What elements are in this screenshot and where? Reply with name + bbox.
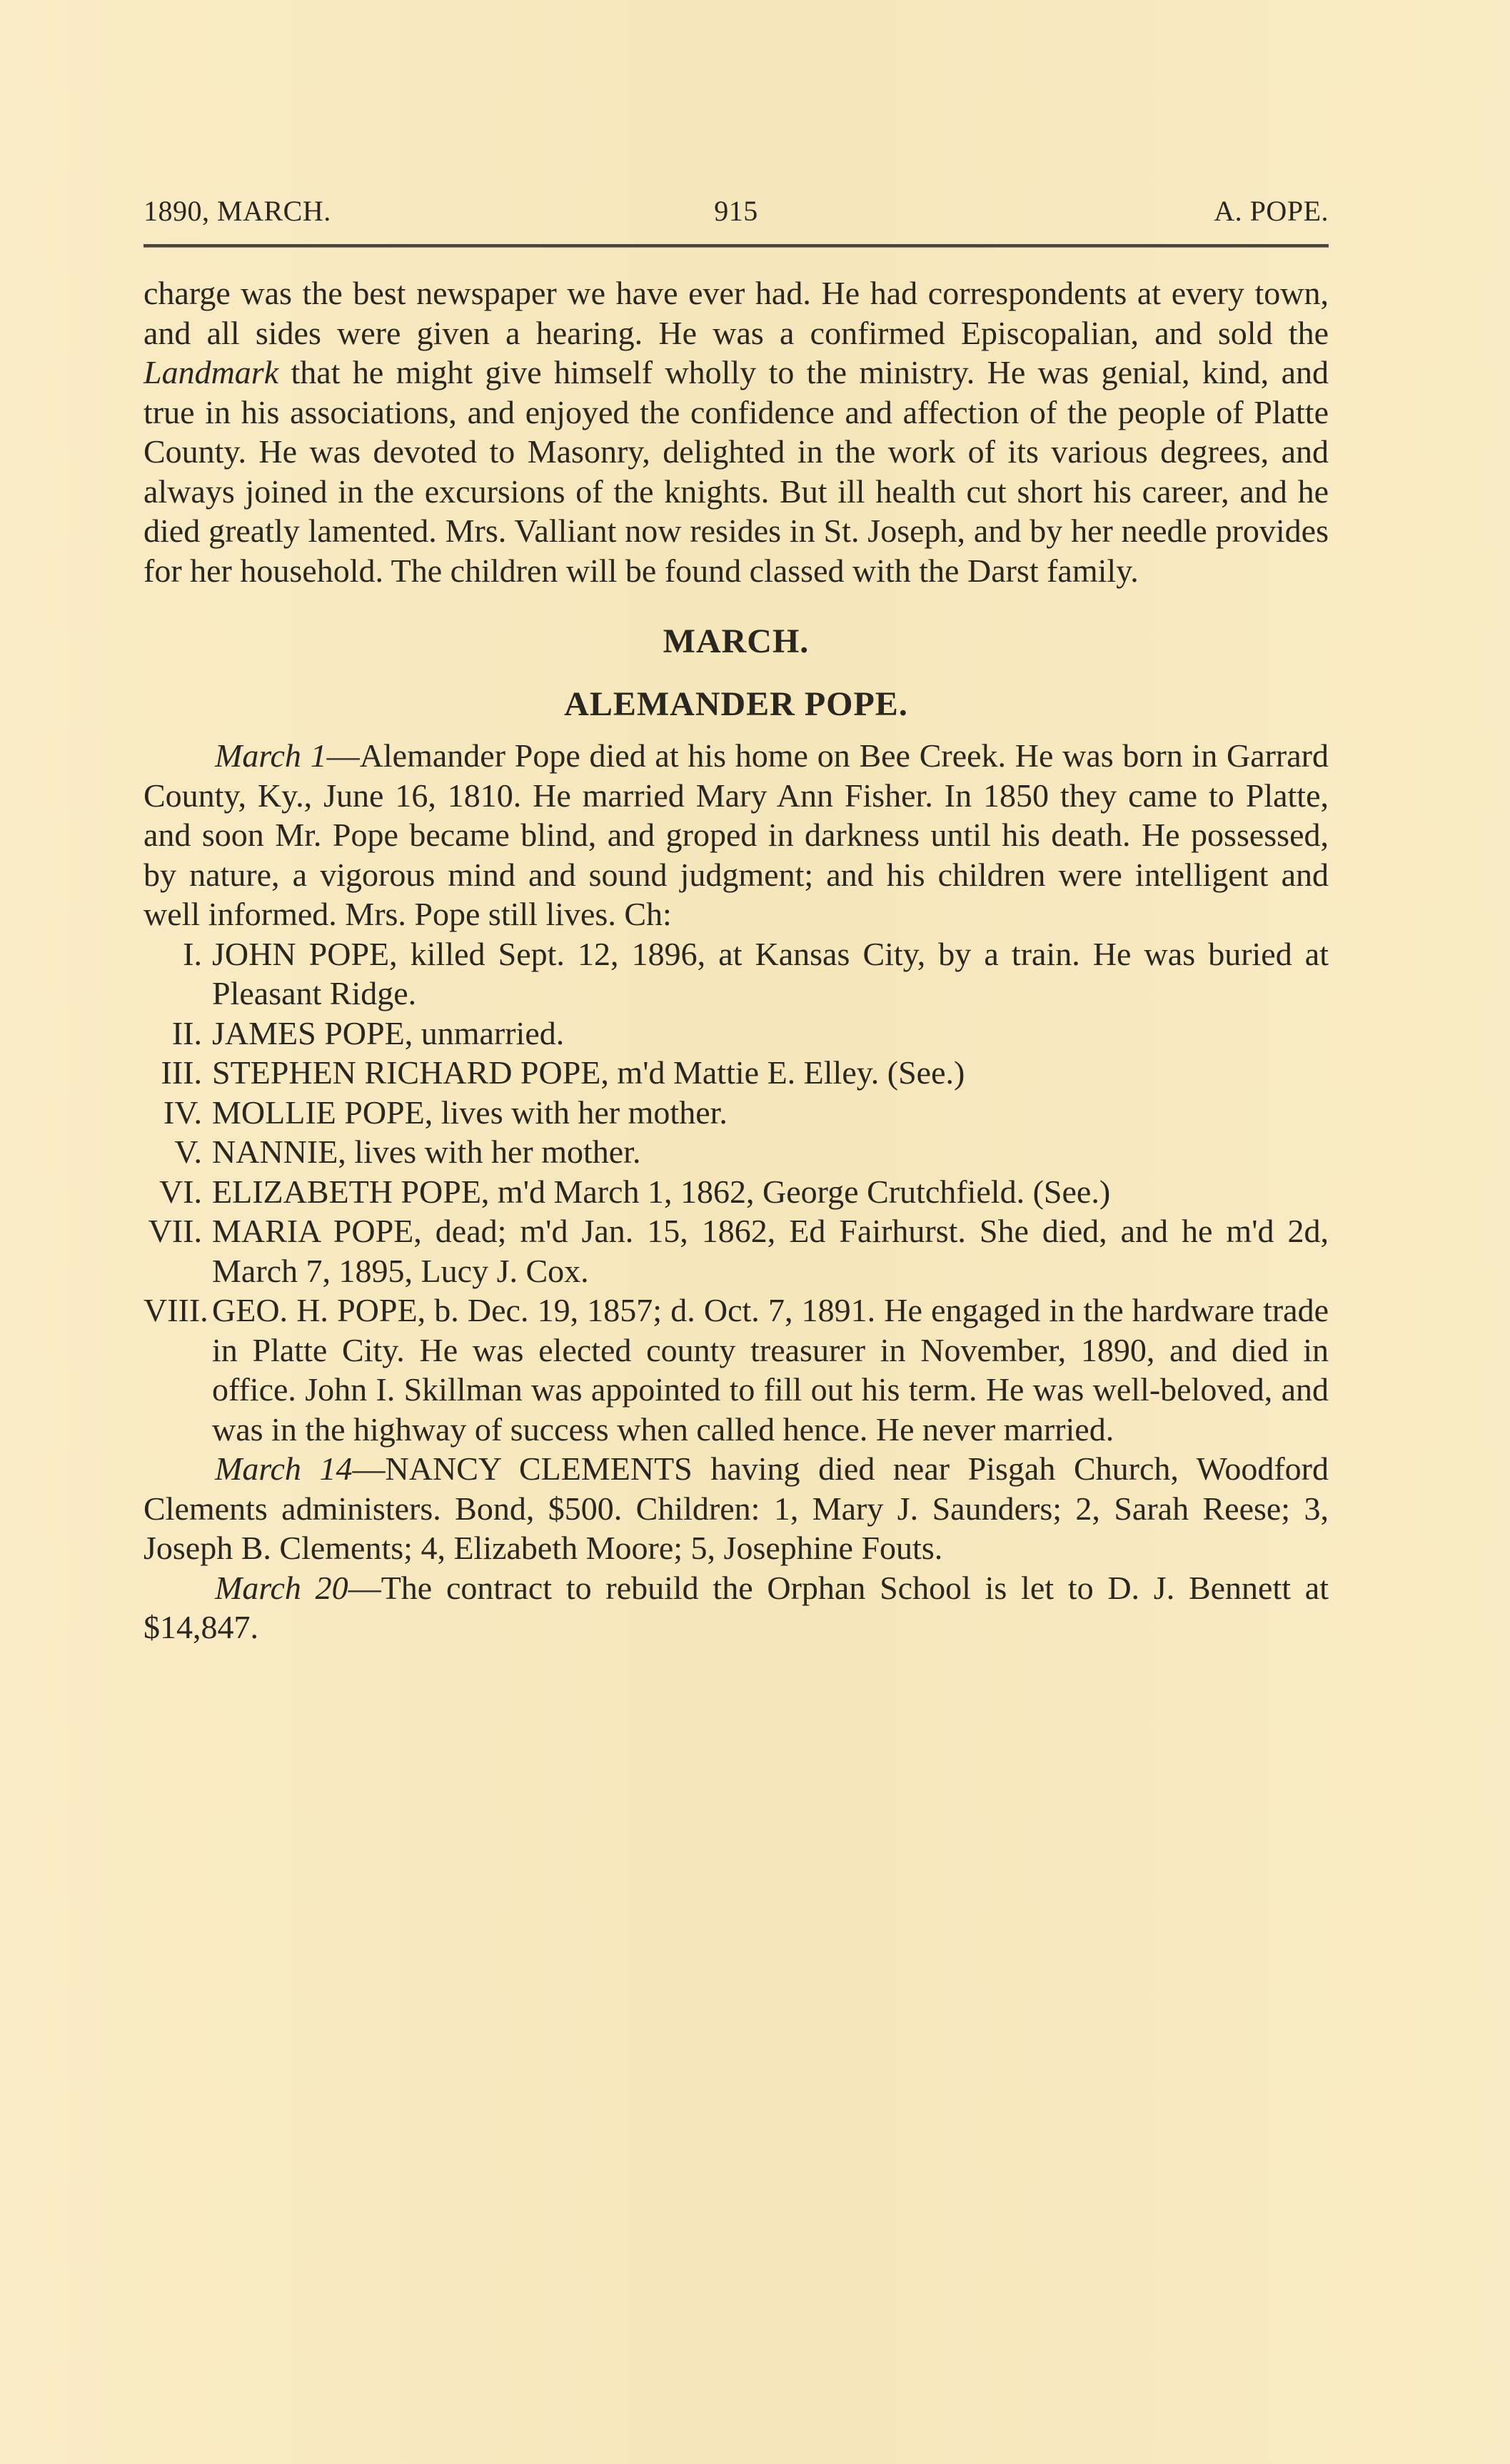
- entry-date: March 20: [215, 1570, 348, 1606]
- roman-numeral: III.: [144, 1053, 212, 1093]
- child-details: , m'd March 1, 1862, George Crutchfield.…: [481, 1173, 1110, 1210]
- book-page: 1890, MARCH. 915 A. POPE. charge was the…: [144, 193, 1329, 1647]
- roman-numeral: VI.: [144, 1172, 212, 1212]
- child-item: II. JAMES POPE, unmarried.: [144, 1014, 1329, 1054]
- child-item: V. NANNIE, lives with her mother.: [144, 1132, 1329, 1172]
- child-name: GEO. H. POPE: [212, 1292, 418, 1328]
- child-details: , unmarried.: [405, 1015, 565, 1051]
- child-details: , lives with her mother.: [425, 1094, 728, 1131]
- entry-march-20: March 20—The contract to rebuild the Orp…: [144, 1568, 1329, 1647]
- child-item: VIII. GEO. H. POPE, b. Dec. 19, 1857; d.…: [144, 1291, 1329, 1449]
- entry-march-1: March 1—Alemander Pope died at his home …: [144, 736, 1329, 1449]
- child-details: , lives with her mother.: [338, 1133, 640, 1170]
- roman-numeral: I.: [144, 934, 212, 974]
- subject-heading: ALEMANDER POPE.: [144, 683, 1329, 726]
- running-head-left: 1890, MARCH.: [144, 193, 331, 230]
- child-item: III. STEPHEN RICHARD POPE, m'd Mattie E.…: [144, 1053, 1329, 1093]
- running-head-right: A. POPE.: [1214, 193, 1329, 230]
- page-body: charge was the best newspaper we have ev…: [144, 273, 1329, 1647]
- child-item: VII. MARIA POPE, dead; m'd Jan. 15, 1862…: [144, 1211, 1329, 1291]
- month-heading: MARCH.: [144, 620, 1329, 663]
- child-item: I. JOHN POPE, killed Sept. 12, 1896, at …: [144, 934, 1329, 1014]
- child-name: JOHN POPE: [212, 936, 389, 972]
- child-name: STEPHEN RICHARD POPE: [212, 1054, 600, 1091]
- roman-numeral: VIII.: [144, 1291, 212, 1331]
- entry-paragraph: March 1—Alemander Pope died at his home …: [144, 736, 1329, 934]
- entry-march-14: March 14—NANCY CLEMENTS having died near…: [144, 1449, 1329, 1568]
- entry-date: March 1: [215, 737, 327, 774]
- entry-date: March 14: [215, 1450, 353, 1487]
- child-item: VI. ELIZABETH POPE, m'd March 1, 1862, G…: [144, 1172, 1329, 1212]
- child-name: JAMES POPE: [212, 1015, 405, 1051]
- child-name: MARIA POPE: [212, 1213, 413, 1249]
- continuation-paragraph: charge was the best newspaper we have ev…: [144, 273, 1329, 590]
- child-name: ELIZABETH POPE: [212, 1173, 481, 1210]
- children-list: I. JOHN POPE, killed Sept. 12, 1896, at …: [144, 934, 1329, 1450]
- child-name: MOLLIE POPE: [212, 1094, 425, 1131]
- newspaper-title: Landmark: [144, 354, 278, 390]
- roman-numeral: V.: [144, 1132, 212, 1172]
- header-rule-divider: [144, 244, 1329, 248]
- child-name: NANNIE: [212, 1133, 338, 1170]
- child-details: , m'd Mattie E. Elley. (See.): [600, 1054, 965, 1091]
- roman-numeral: II.: [144, 1014, 212, 1054]
- roman-numeral: IV.: [144, 1093, 212, 1133]
- running-head: 1890, MARCH. 915 A. POPE.: [144, 193, 1329, 230]
- roman-numeral: VII.: [144, 1211, 212, 1251]
- child-item: IV. MOLLIE POPE, lives with her mother.: [144, 1093, 1329, 1133]
